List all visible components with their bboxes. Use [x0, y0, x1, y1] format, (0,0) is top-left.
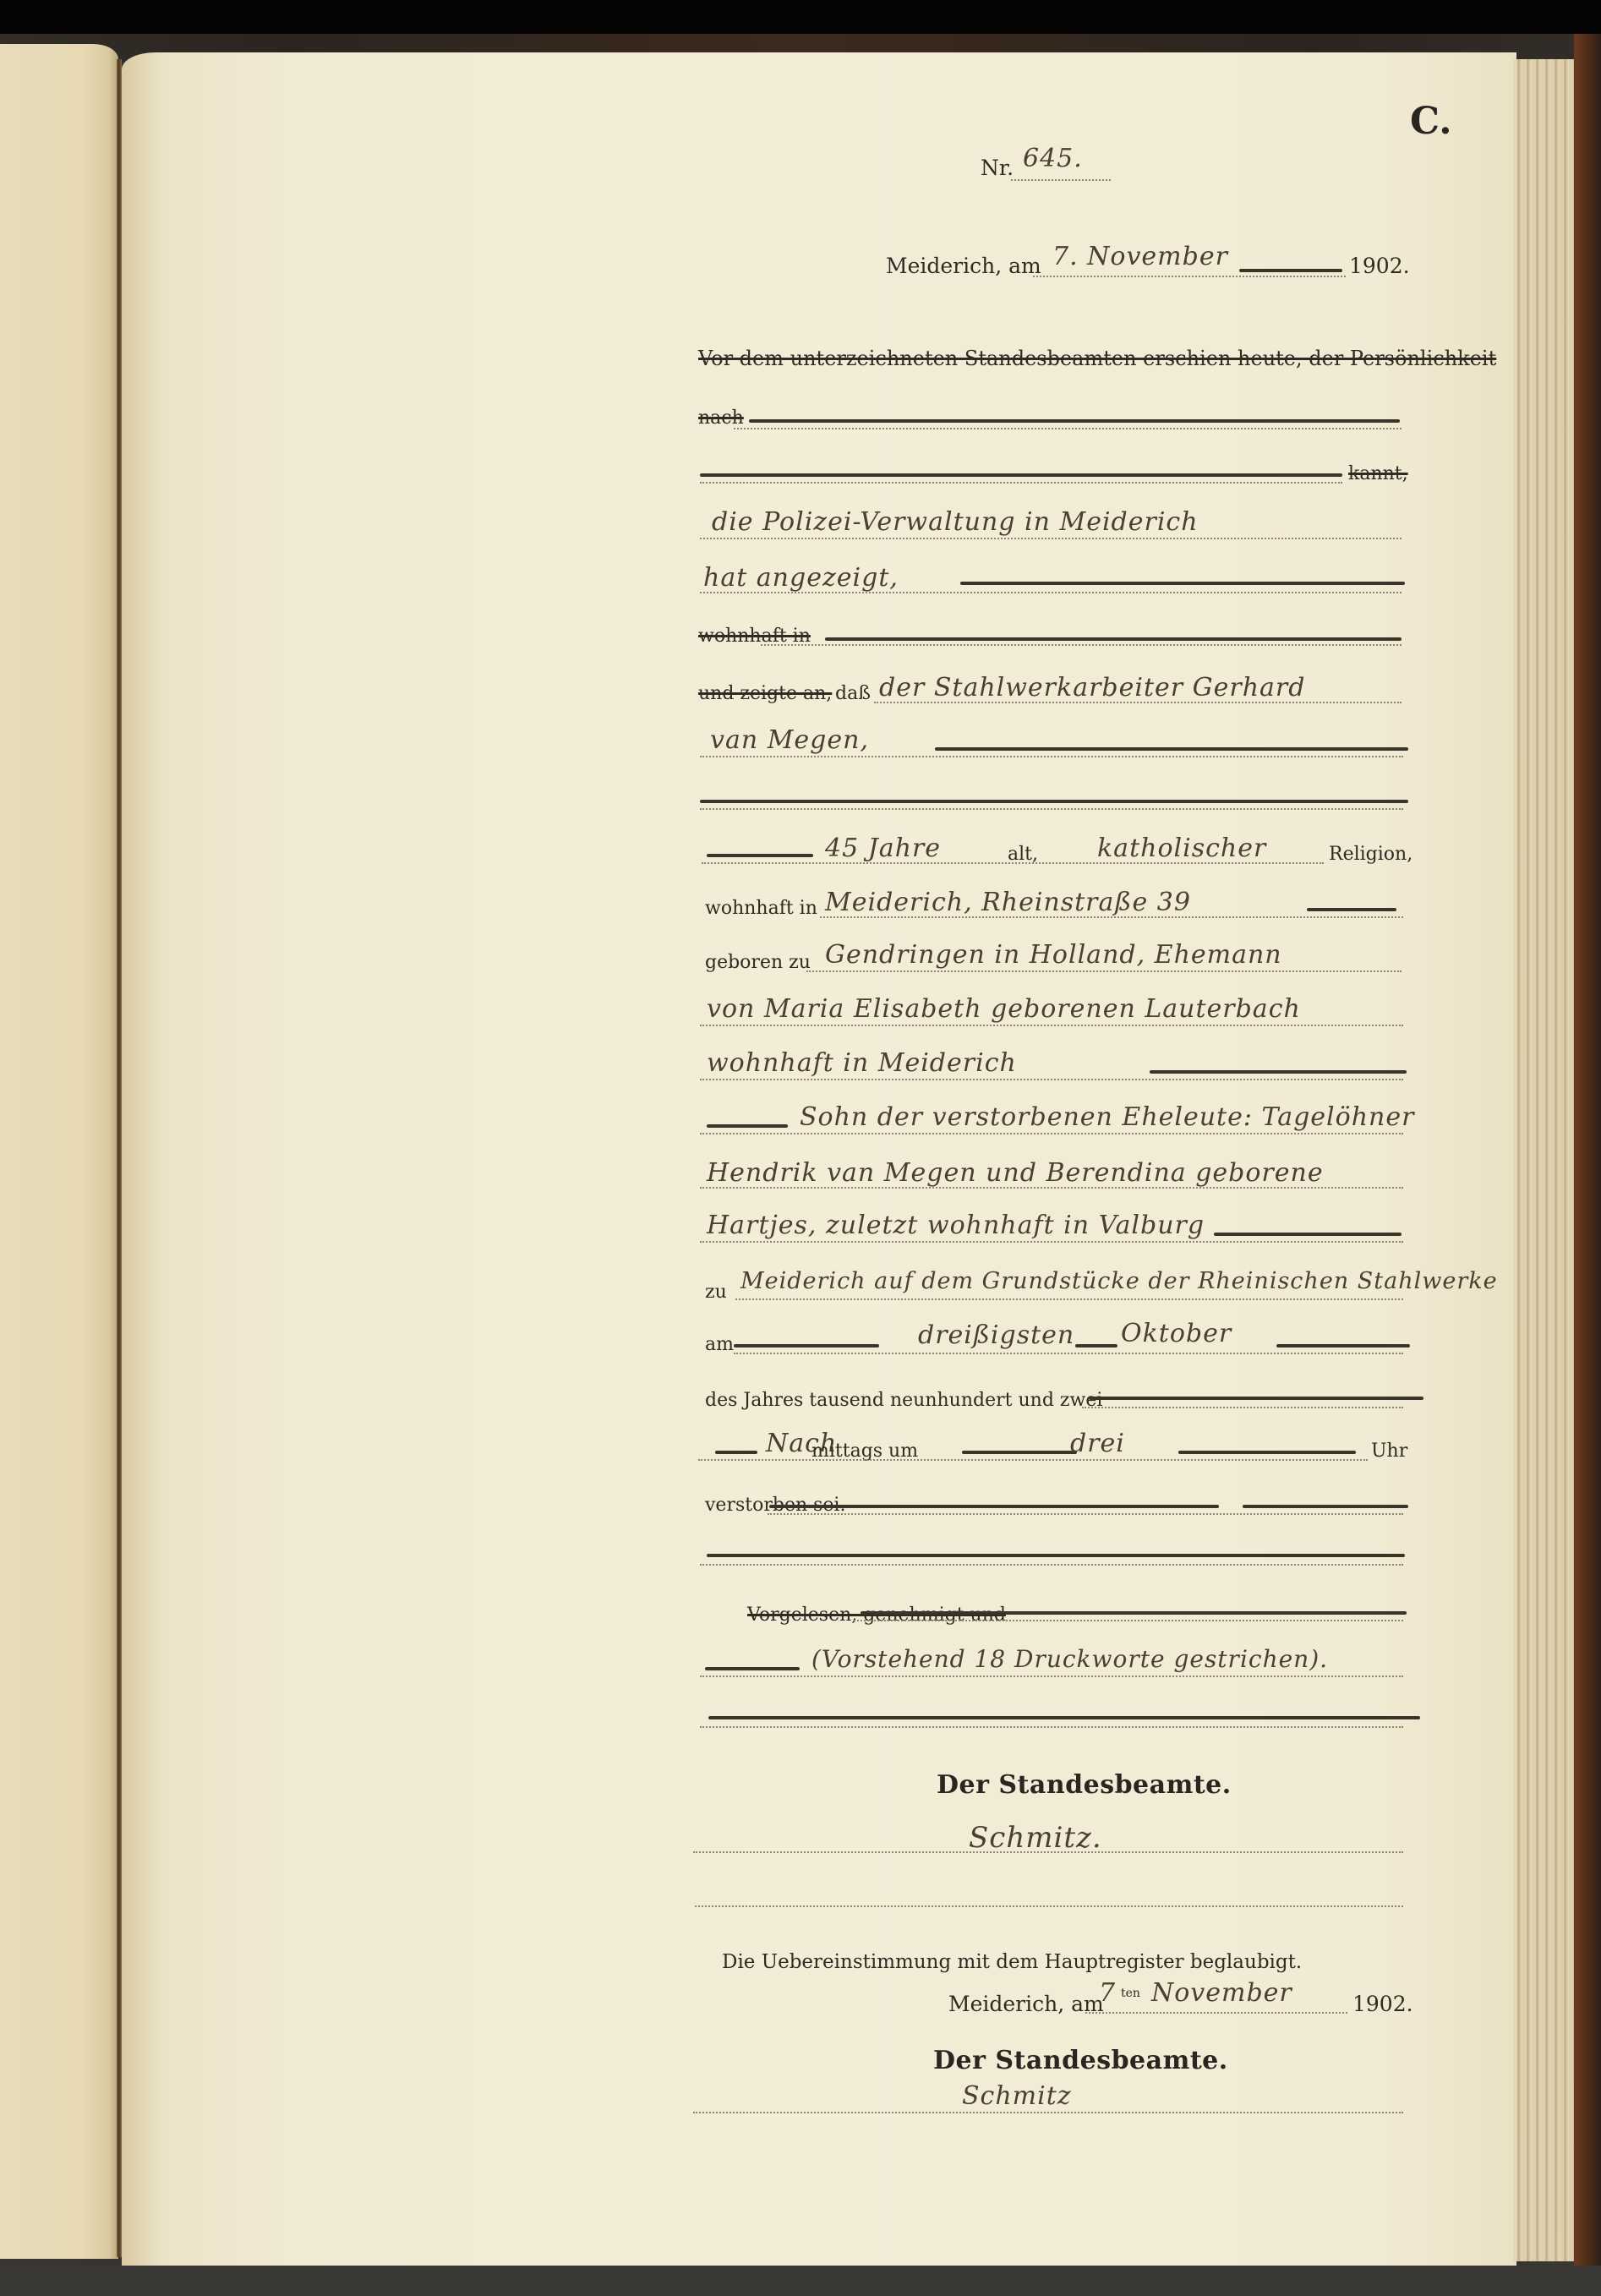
spouse-line-2: wohnhaft in Meiderich [707, 1048, 1017, 1078]
place-date-label: Meiderich, am [886, 254, 1041, 278]
death-day-value: dreißigsten [918, 1320, 1074, 1350]
verstorben-fill-rule-2 [1243, 1505, 1408, 1508]
deceased-line-2: van Megen, [710, 725, 869, 755]
uhr-label: Uhr [1371, 1440, 1407, 1462]
record-number-label: Nr. [981, 156, 1014, 180]
death-place-label: zu [705, 1282, 727, 1303]
date-dotline [1033, 276, 1346, 277]
kannt-dotline [700, 482, 1342, 484]
certification-text: Die Uebereinstimmung mit dem Hauptregist… [722, 1951, 1302, 1973]
note-fill-rule [708, 1716, 1420, 1719]
certification-year: 1902. [1352, 1992, 1413, 2016]
struck-vorgelesen: Vorgelesen, genehmigt und [747, 1604, 1006, 1626]
kannt-fill-rule [700, 473, 1342, 477]
certification-date-dotline [1085, 2012, 1347, 2014]
time-value: drei [1070, 1429, 1125, 1458]
wohnhaft-dotline [761, 644, 1402, 646]
born-label: geboren zu [705, 952, 811, 973]
note-dotline [700, 1676, 1403, 1677]
record-date-value: 7. November [1052, 242, 1228, 271]
closing-fill-rule [707, 1554, 1405, 1557]
closing-dotline [700, 1564, 1403, 1566]
time-mid-rule [962, 1451, 1077, 1454]
record-year: 1902. [1349, 254, 1410, 278]
certification-signature: Schmitz [962, 2081, 1072, 2111]
death-place-dotline [735, 1298, 1403, 1300]
date-fill-rule [1239, 269, 1342, 272]
annotation-note: (Vorstehend 18 Druckworte gestrichen). [811, 1645, 1328, 1673]
parents-line-1: Sohn der verstorbenen Eheleute: Tagelöhn… [800, 1102, 1414, 1132]
note-dotline-2 [700, 1726, 1403, 1728]
informant-line-2: hat angezeigt, [703, 563, 899, 593]
struck-nach: nach [698, 407, 744, 429]
vorgelesen-fill-rule [861, 1611, 1407, 1615]
parents-fill-rule [1214, 1233, 1402, 1236]
blank-fill-rule [700, 800, 1408, 803]
death-record-form: C. Nr. 645. Meiderich, am 7. November 19… [0, 0, 1601, 2296]
born-dotline [806, 970, 1402, 972]
age-value: 45 Jahre [825, 834, 941, 863]
struck-intro-text: Vor dem unterzeichneten Standesbeamten e… [698, 347, 1496, 370]
certification-month-value: November [1151, 1978, 1292, 2008]
informant-line-1: die Polizei-Verwaltung in Meiderich [712, 507, 1199, 537]
parents-line-2: Hendrik van Megen und Berendina geborene [707, 1158, 1324, 1188]
parents-dotline-3 [700, 1241, 1403, 1243]
informant-fill-rule [960, 582, 1405, 585]
certification-day-suffix: ten [1121, 1987, 1140, 2000]
time-lead-rule [715, 1451, 757, 1454]
residence-dotline [820, 916, 1403, 918]
nach-fill-rule [749, 419, 1400, 423]
death-month-value: Oktober [1121, 1319, 1232, 1348]
parents-lead-rule [707, 1124, 788, 1128]
registrar-signature: Schmitz. [969, 1821, 1102, 1855]
certification-signature-dotline [693, 2112, 1403, 2113]
born-value: Gendringen in Holland, Ehemann [825, 940, 1282, 970]
certification-place-label: Meiderich, am [948, 1992, 1104, 2016]
residence-fill-rule [1307, 908, 1396, 911]
year-text: des Jahres tausend neunhundert und zwei [705, 1390, 1102, 1411]
verstorben-dotline [768, 1513, 1403, 1515]
spouse-fill-rule [1150, 1070, 1407, 1074]
spouse-dotline-1 [700, 1025, 1403, 1026]
parents-dotline-2 [700, 1187, 1403, 1189]
informant-dotline-1 [700, 538, 1402, 539]
religion-label: Religion, [1329, 844, 1412, 865]
death-month-fill-rule [1276, 1344, 1410, 1348]
certification-day-value: 7 [1099, 1978, 1116, 2008]
record-number-value: 645. [1023, 144, 1083, 173]
deceased-dotline-1 [874, 702, 1402, 703]
nach-dotline [734, 428, 1402, 429]
dass-label: daß [835, 683, 871, 704]
record-number-line [1011, 179, 1111, 181]
year-dotline [1082, 1407, 1403, 1408]
year-fill-rule [1089, 1397, 1423, 1400]
religion-value: katholischer [1097, 834, 1266, 863]
death-place-value: Meiderich auf dem Grundstücke der Rheini… [740, 1268, 1498, 1294]
verstorben-fill-rule-1 [769, 1505, 1219, 1508]
death-month-lead-rule [1075, 1344, 1117, 1348]
residence-value: Meiderich, Rheinstraße 39 [825, 888, 1191, 917]
wohnhaft-fill-rule [825, 637, 1402, 641]
parents-line-3: Hartjes, zuletzt wohnhaft in Valburg [707, 1211, 1205, 1240]
registrar-title: Der Standesbeamte. [937, 1770, 1232, 1800]
spouse-line-1: von Maria Elisabeth geborenen Lauterbach [707, 994, 1301, 1024]
deceased-line-1: der Stahlwerkarbeiter Gerhard [879, 673, 1305, 702]
death-date-dotline [734, 1353, 1403, 1354]
informant-dotline-2 [700, 592, 1402, 593]
age-lead-rule [707, 854, 813, 857]
struck-zeigte-an: und zeigte an, [698, 683, 832, 704]
death-day-lead-rule [734, 1344, 879, 1348]
deceased-fill-rule [935, 747, 1408, 751]
death-day-label: am [705, 1334, 734, 1355]
certification-registrar-title: Der Standesbeamte. [933, 2046, 1228, 2075]
spouse-dotline-2 [700, 1079, 1403, 1080]
deceased-dotline-2 [700, 756, 1403, 757]
parents-dotline-1 [700, 1133, 1403, 1134]
time-dotline [698, 1459, 1368, 1461]
vorgelesen-dotline [854, 1620, 1403, 1621]
signature-dotline-1 [693, 1851, 1403, 1853]
section-letter: C. [1410, 100, 1452, 143]
time-fill-rule [1178, 1451, 1356, 1454]
struck-kannt: kannt, [1348, 463, 1408, 484]
note-lead-rule [705, 1667, 800, 1670]
residence-label: wohnhaft in [705, 898, 817, 919]
signature-dotline-2 [695, 1905, 1403, 1907]
blank-dotline [700, 808, 1403, 810]
age-religion-dotline [702, 862, 1324, 864]
